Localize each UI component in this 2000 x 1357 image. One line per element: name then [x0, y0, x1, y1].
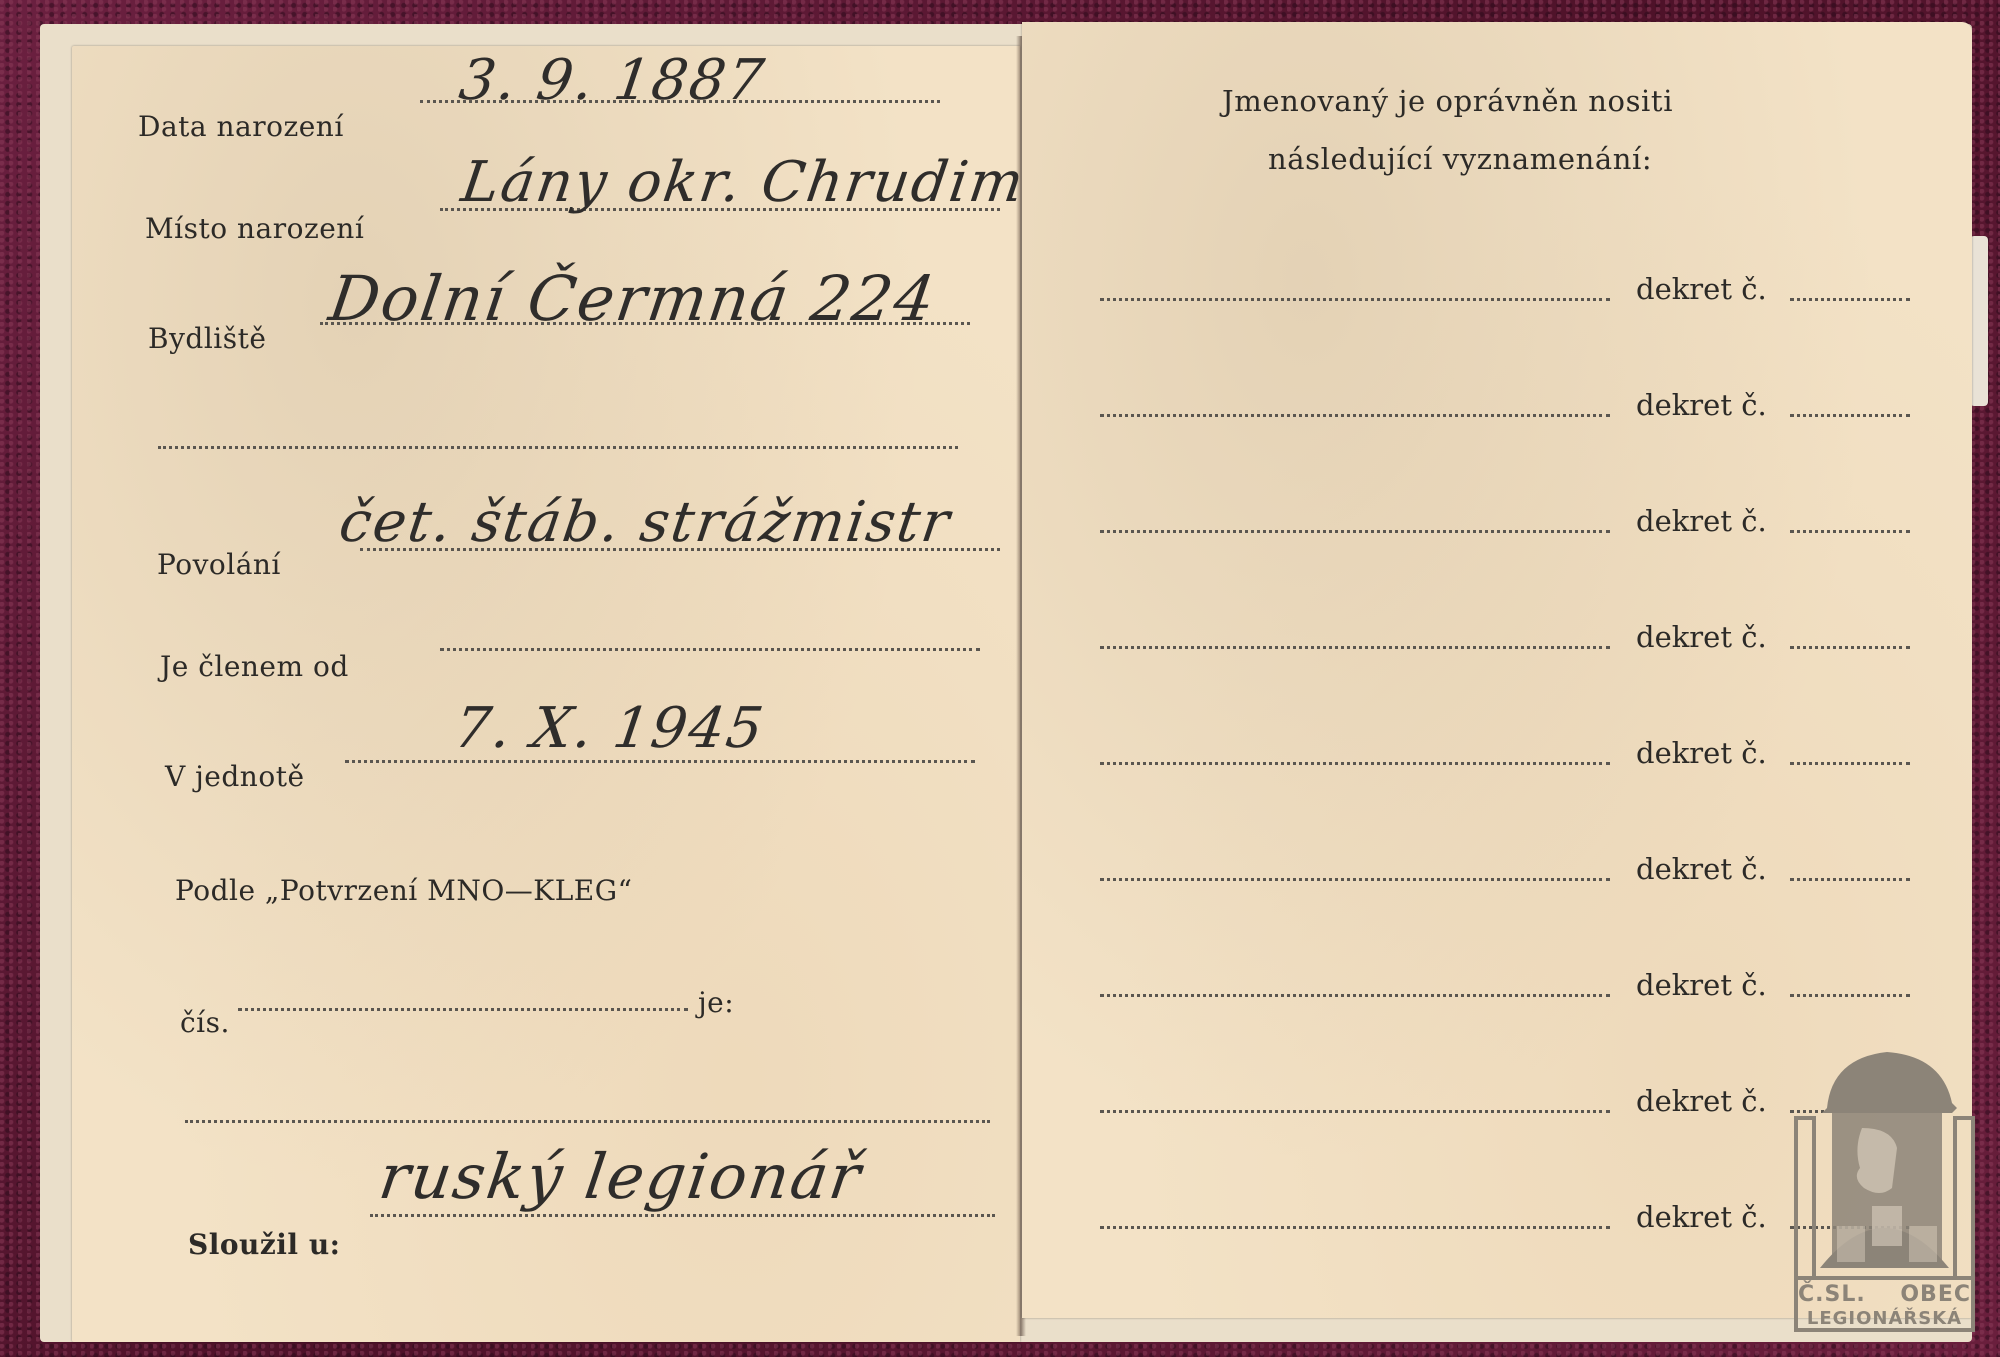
decoration-name-line — [1100, 530, 1610, 533]
note-line — [185, 1120, 990, 1123]
birth-place-value: Lány okr. Chrudim — [457, 150, 1029, 215]
label-occupation: Povolání — [157, 548, 281, 581]
residence-extra-line — [158, 446, 958, 449]
decoration-name-line — [1100, 762, 1610, 765]
decoration-row: dekret č. — [1100, 504, 1910, 544]
dekret-number-line — [1790, 530, 1910, 533]
label-birth-date: Data narození — [138, 110, 344, 143]
dekret-number-line — [1790, 878, 1910, 881]
served-in-value: ruský legionář — [375, 1140, 867, 1213]
label-served-in: Sloužil u: — [188, 1228, 341, 1261]
dekret-label: dekret č. — [1636, 388, 1767, 422]
label-member-since: Je členem od — [160, 650, 349, 683]
dekret-label: dekret č. — [1636, 1084, 1767, 1118]
emblem-text-csl: Č.SL. — [1798, 1282, 1866, 1307]
decoration-row: dekret č. — [1100, 1084, 1910, 1124]
decoration-name-line — [1100, 1226, 1610, 1229]
label-according-to: Podle „Potvrzení MNO—KLEG“ — [175, 874, 632, 907]
decoration-name-line — [1100, 646, 1610, 649]
decorations-title-line2: následující vyznamenání: — [1268, 142, 1652, 176]
dekret-number-line — [1790, 994, 1910, 997]
label-unit: V jednotě — [165, 760, 305, 793]
dekret-number-line — [1790, 646, 1910, 649]
decoration-name-line — [1100, 1110, 1610, 1113]
emblem-text-line2: LEGIONÁŘSKÁ — [1792, 1308, 1977, 1329]
paper-tab-scrap — [1970, 236, 1988, 406]
decoration-row: dekret č. — [1100, 736, 1910, 776]
dekret-label: dekret č. — [1636, 272, 1767, 306]
decoration-row: dekret č. — [1100, 852, 1910, 892]
dekret-number-line — [1790, 414, 1910, 417]
decoration-name-line — [1100, 298, 1610, 301]
dekret-label: dekret č. — [1636, 504, 1767, 538]
dekret-label: dekret č. — [1636, 736, 1767, 770]
decoration-row: dekret č. — [1100, 1200, 1910, 1240]
decoration-row: dekret č. — [1100, 388, 1910, 428]
dekret-label: dekret č. — [1636, 968, 1767, 1002]
dekret-number-line — [1790, 762, 1910, 765]
dekret-label: dekret č. — [1636, 620, 1767, 654]
decoration-row: dekret č. — [1100, 620, 1910, 660]
decoration-name-line — [1100, 994, 1610, 997]
dekret-label: dekret č. — [1636, 1200, 1767, 1234]
occupation-value: čet. štáb. strážmistr — [335, 490, 955, 555]
decoration-name-line — [1100, 414, 1610, 417]
unit-value: 7. X. 1945 — [450, 696, 768, 761]
number-line — [238, 1008, 688, 1011]
label-residence: Bydliště — [148, 322, 266, 355]
decoration-name-line — [1100, 878, 1610, 881]
label-birth-place: Místo narození — [145, 212, 364, 245]
legionnaire-soldier-emblem-icon: Č.SL. OBEC LEGIONÁŘSKÁ — [1792, 1038, 1977, 1338]
member-since-line — [440, 648, 980, 651]
dekret-number-line — [1790, 298, 1910, 301]
decoration-row: dekret č. — [1100, 272, 1910, 312]
birth-date-value: 3. 9. 1887 — [455, 48, 769, 113]
residence-value: Dolní Čermná 224 — [325, 262, 941, 335]
label-number: čís. — [180, 1006, 230, 1039]
decoration-row: dekret č. — [1100, 968, 1910, 1008]
served-in-line — [370, 1214, 995, 1217]
emblem-text-obec: OBEC — [1900, 1282, 1971, 1307]
label-is: je: — [698, 986, 734, 1019]
emblem-text-line1: Č.SL. OBEC — [1792, 1282, 1977, 1307]
dekret-label: dekret č. — [1636, 852, 1767, 886]
decorations-title-line1: Jmenovaný je oprávněn nositi — [1222, 84, 1673, 118]
